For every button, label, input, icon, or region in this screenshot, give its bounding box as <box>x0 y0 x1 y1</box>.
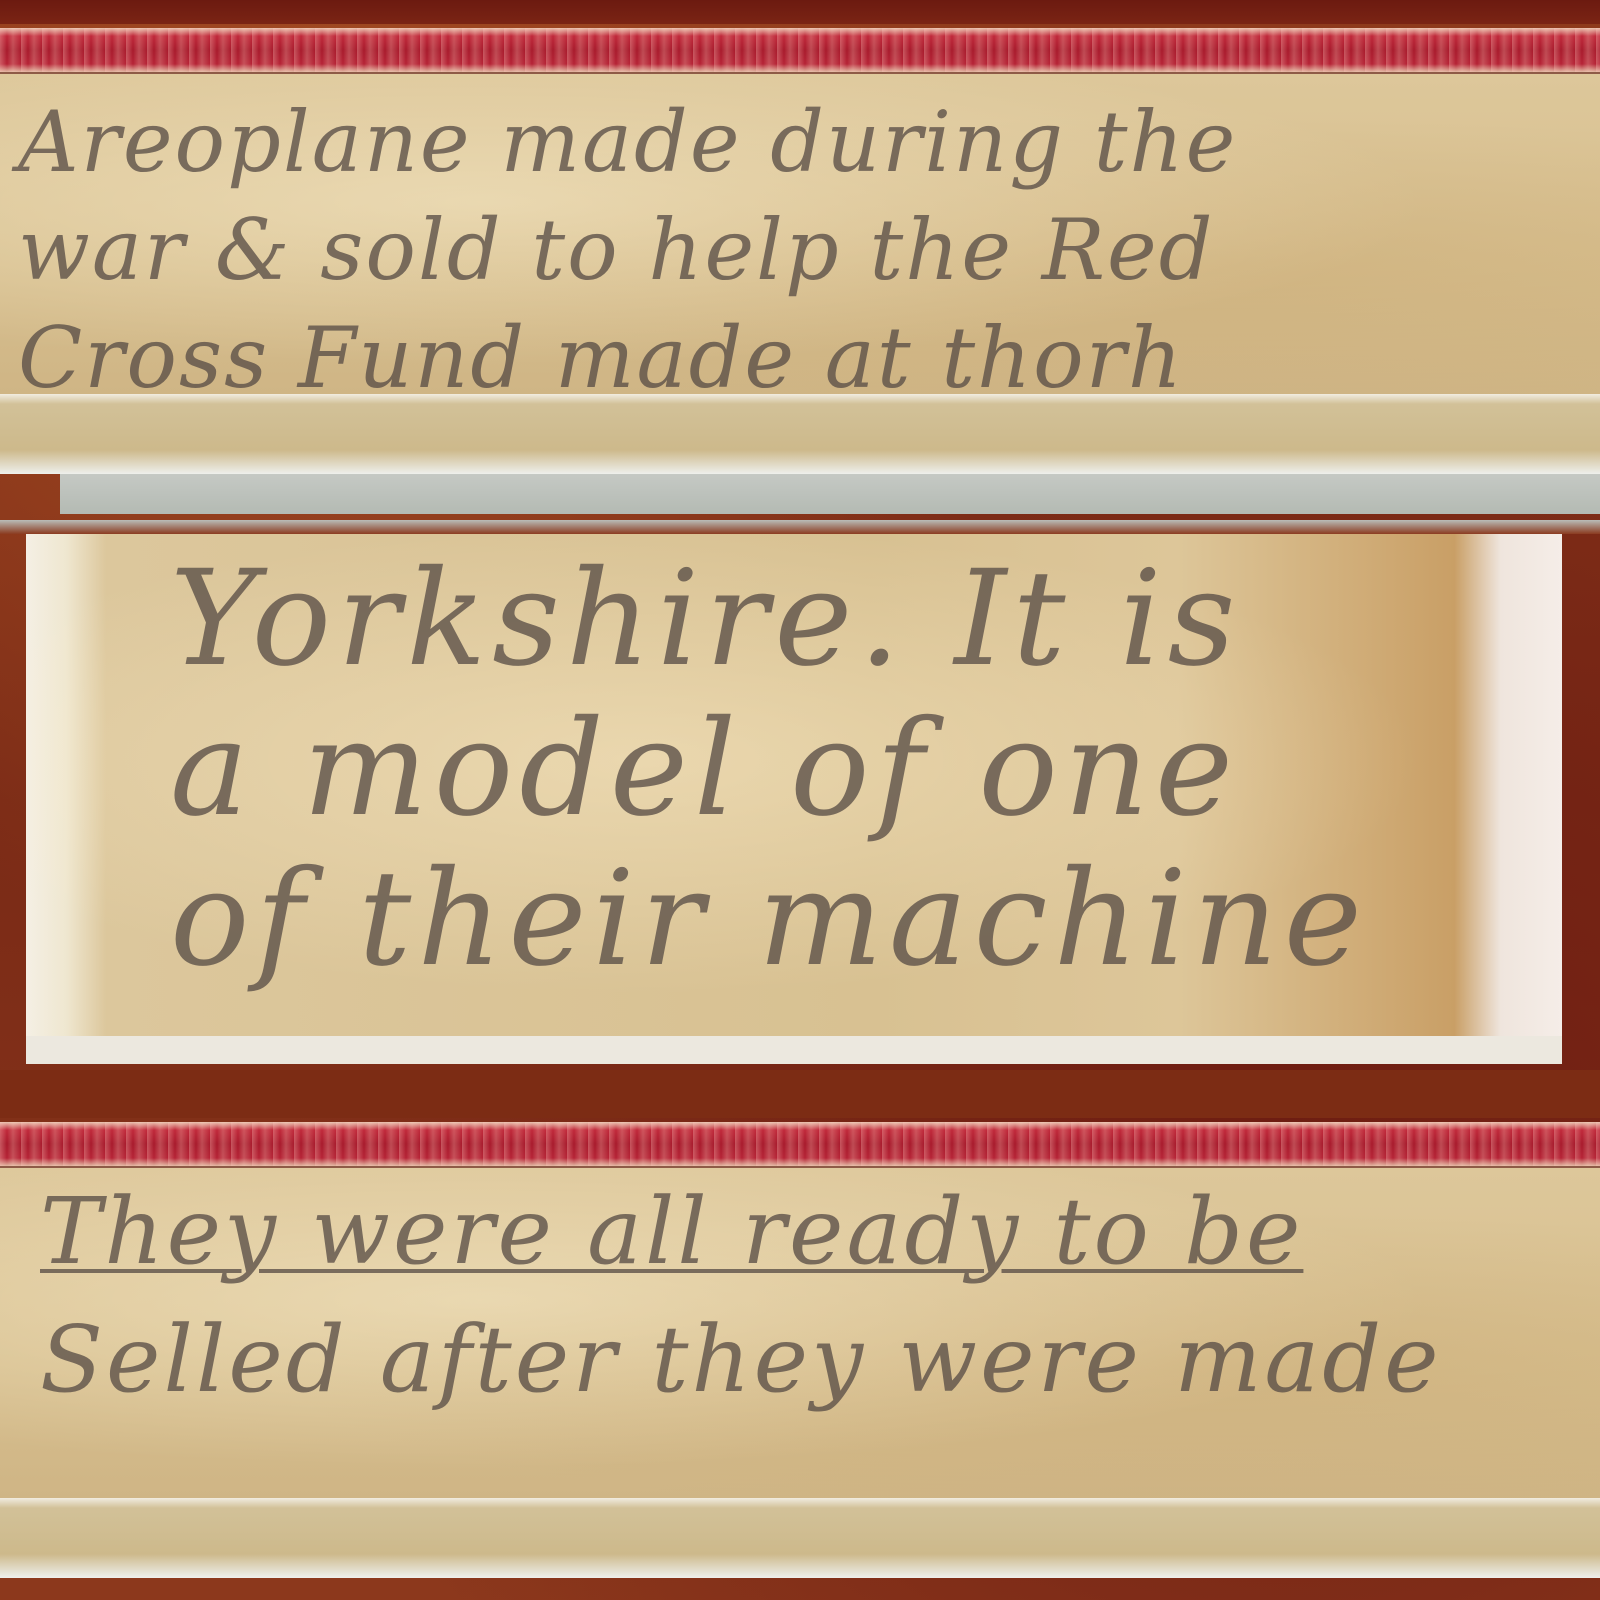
handwritten-note-middle: Yorkshire. It is a model of one of their… <box>170 544 1368 994</box>
card-edge-shadow <box>60 474 1600 514</box>
handwritten-note-bottom: They were all ready to be Selled after t… <box>40 1168 1442 1424</box>
note-line: Yorkshire. It is <box>170 544 1368 694</box>
divider-shadow <box>0 520 1600 534</box>
note-line: They were all ready to be <box>40 1168 1442 1296</box>
note-line: a model of one <box>170 694 1368 844</box>
red-lid-trim <box>0 1122 1600 1168</box>
handwritten-note-top: Areoplane made during the war & sold to … <box>18 88 1237 412</box>
red-lid-trim <box>0 28 1600 74</box>
note-line: Areoplane made during the <box>18 88 1237 196</box>
note-line: Selled after they were made <box>40 1296 1442 1424</box>
photo-collage: Areoplane made during the war & sold to … <box>0 0 1600 1600</box>
note-line: Cross Fund made at thorh <box>18 304 1237 412</box>
card-edge <box>0 1498 1600 1578</box>
note-line: of their machine <box>170 844 1368 994</box>
note-line: war & sold to help the Red <box>18 196 1237 304</box>
top-panel: Areoplane made during the war & sold to … <box>0 0 1600 520</box>
